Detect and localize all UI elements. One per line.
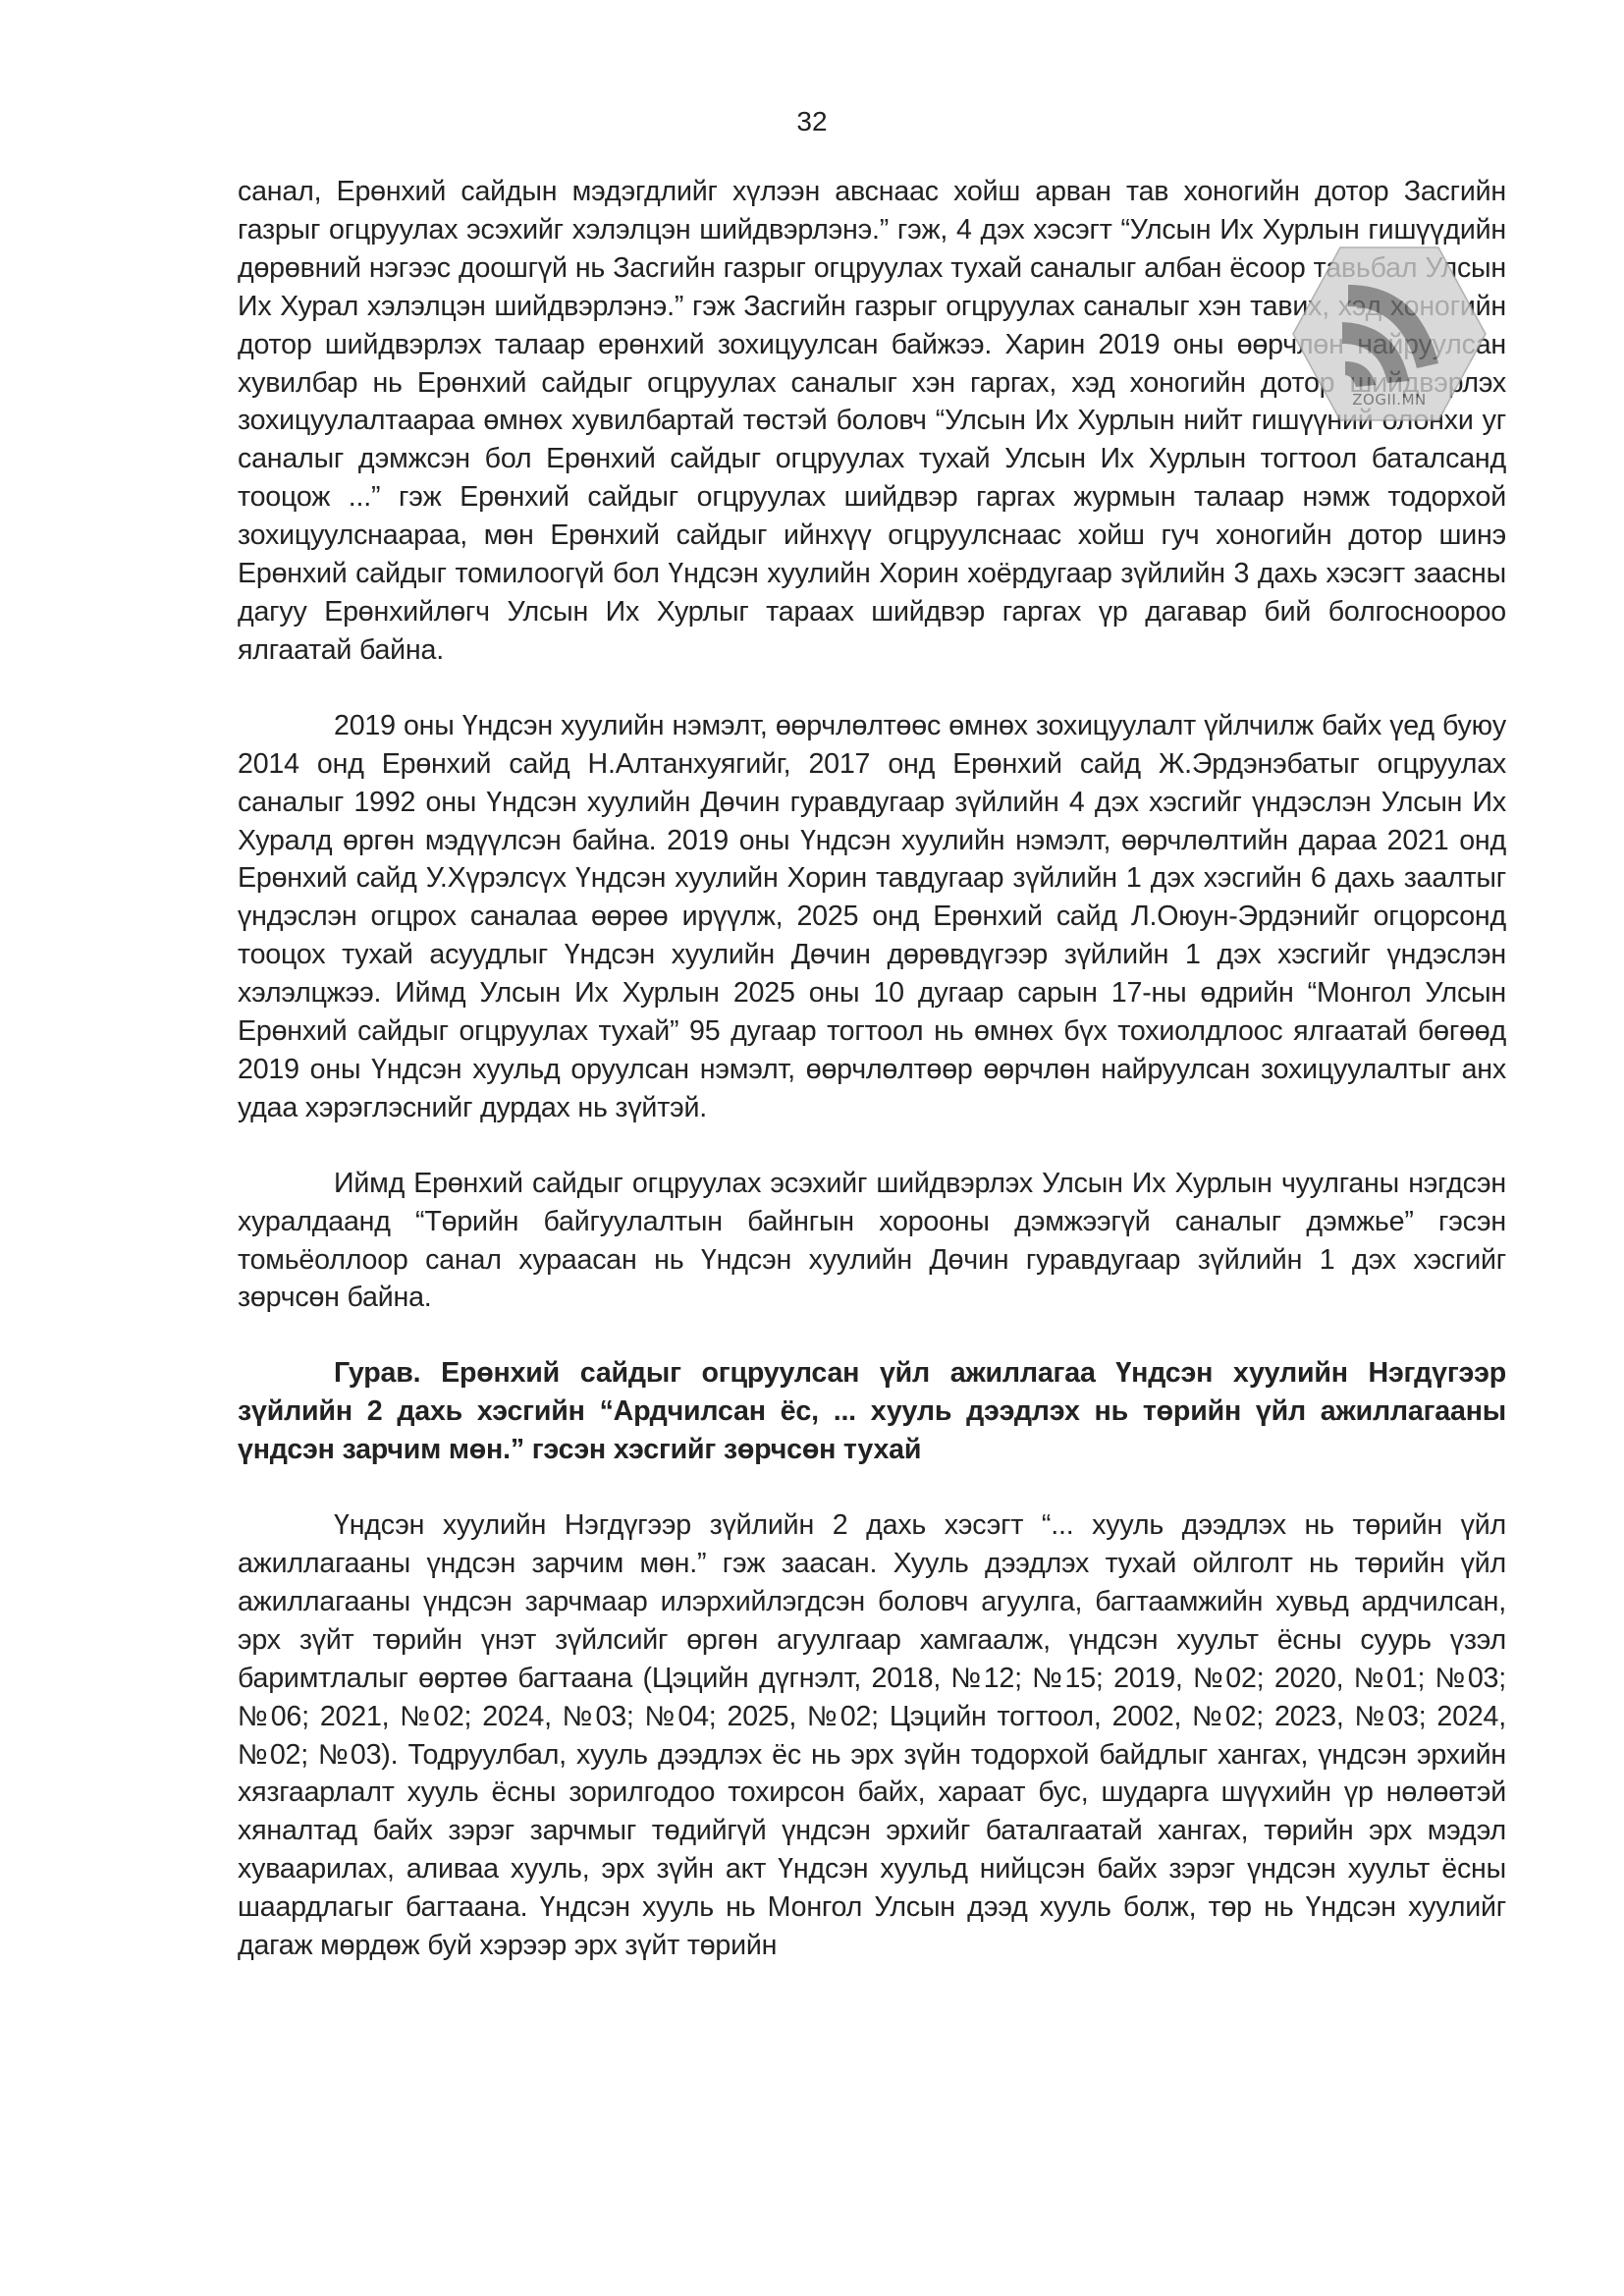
paragraph-spacer	[238, 670, 1506, 707]
paragraph-rule-of-law: Үндсэн хуулийн Нэгдүгээр зүйлийн 2 дахь …	[238, 1506, 1506, 1965]
watermark-label: ZOGII.MN	[1291, 391, 1488, 409]
watermark: ZOGII.MN	[1291, 246, 1488, 422]
paragraph-spacer	[238, 1317, 1506, 1354]
section-heading: Гурав. Ерөнхий сайдыг огцруулсан үйл ажи…	[238, 1354, 1506, 1469]
document-page: 32 санал, Ерөнхий сайдын мэдэгдлийг хүлэ…	[0, 0, 1624, 2296]
paragraph-conclusion: Иймд Ерөнхий сайдыг огцруулах эсэхийг ши…	[238, 1165, 1506, 1318]
document-body: санал, Ерөнхий сайдын мэдэгдлийг хүлээн …	[238, 173, 1506, 1965]
paragraph-spacer	[238, 1469, 1506, 1506]
paragraph-2019-amendments: 2019 оны Үндсэн хуулийн нэмэлт, өөрчлөлт…	[238, 707, 1506, 1127]
page-number: 32	[0, 106, 1624, 137]
paragraph-spacer	[238, 1127, 1506, 1165]
